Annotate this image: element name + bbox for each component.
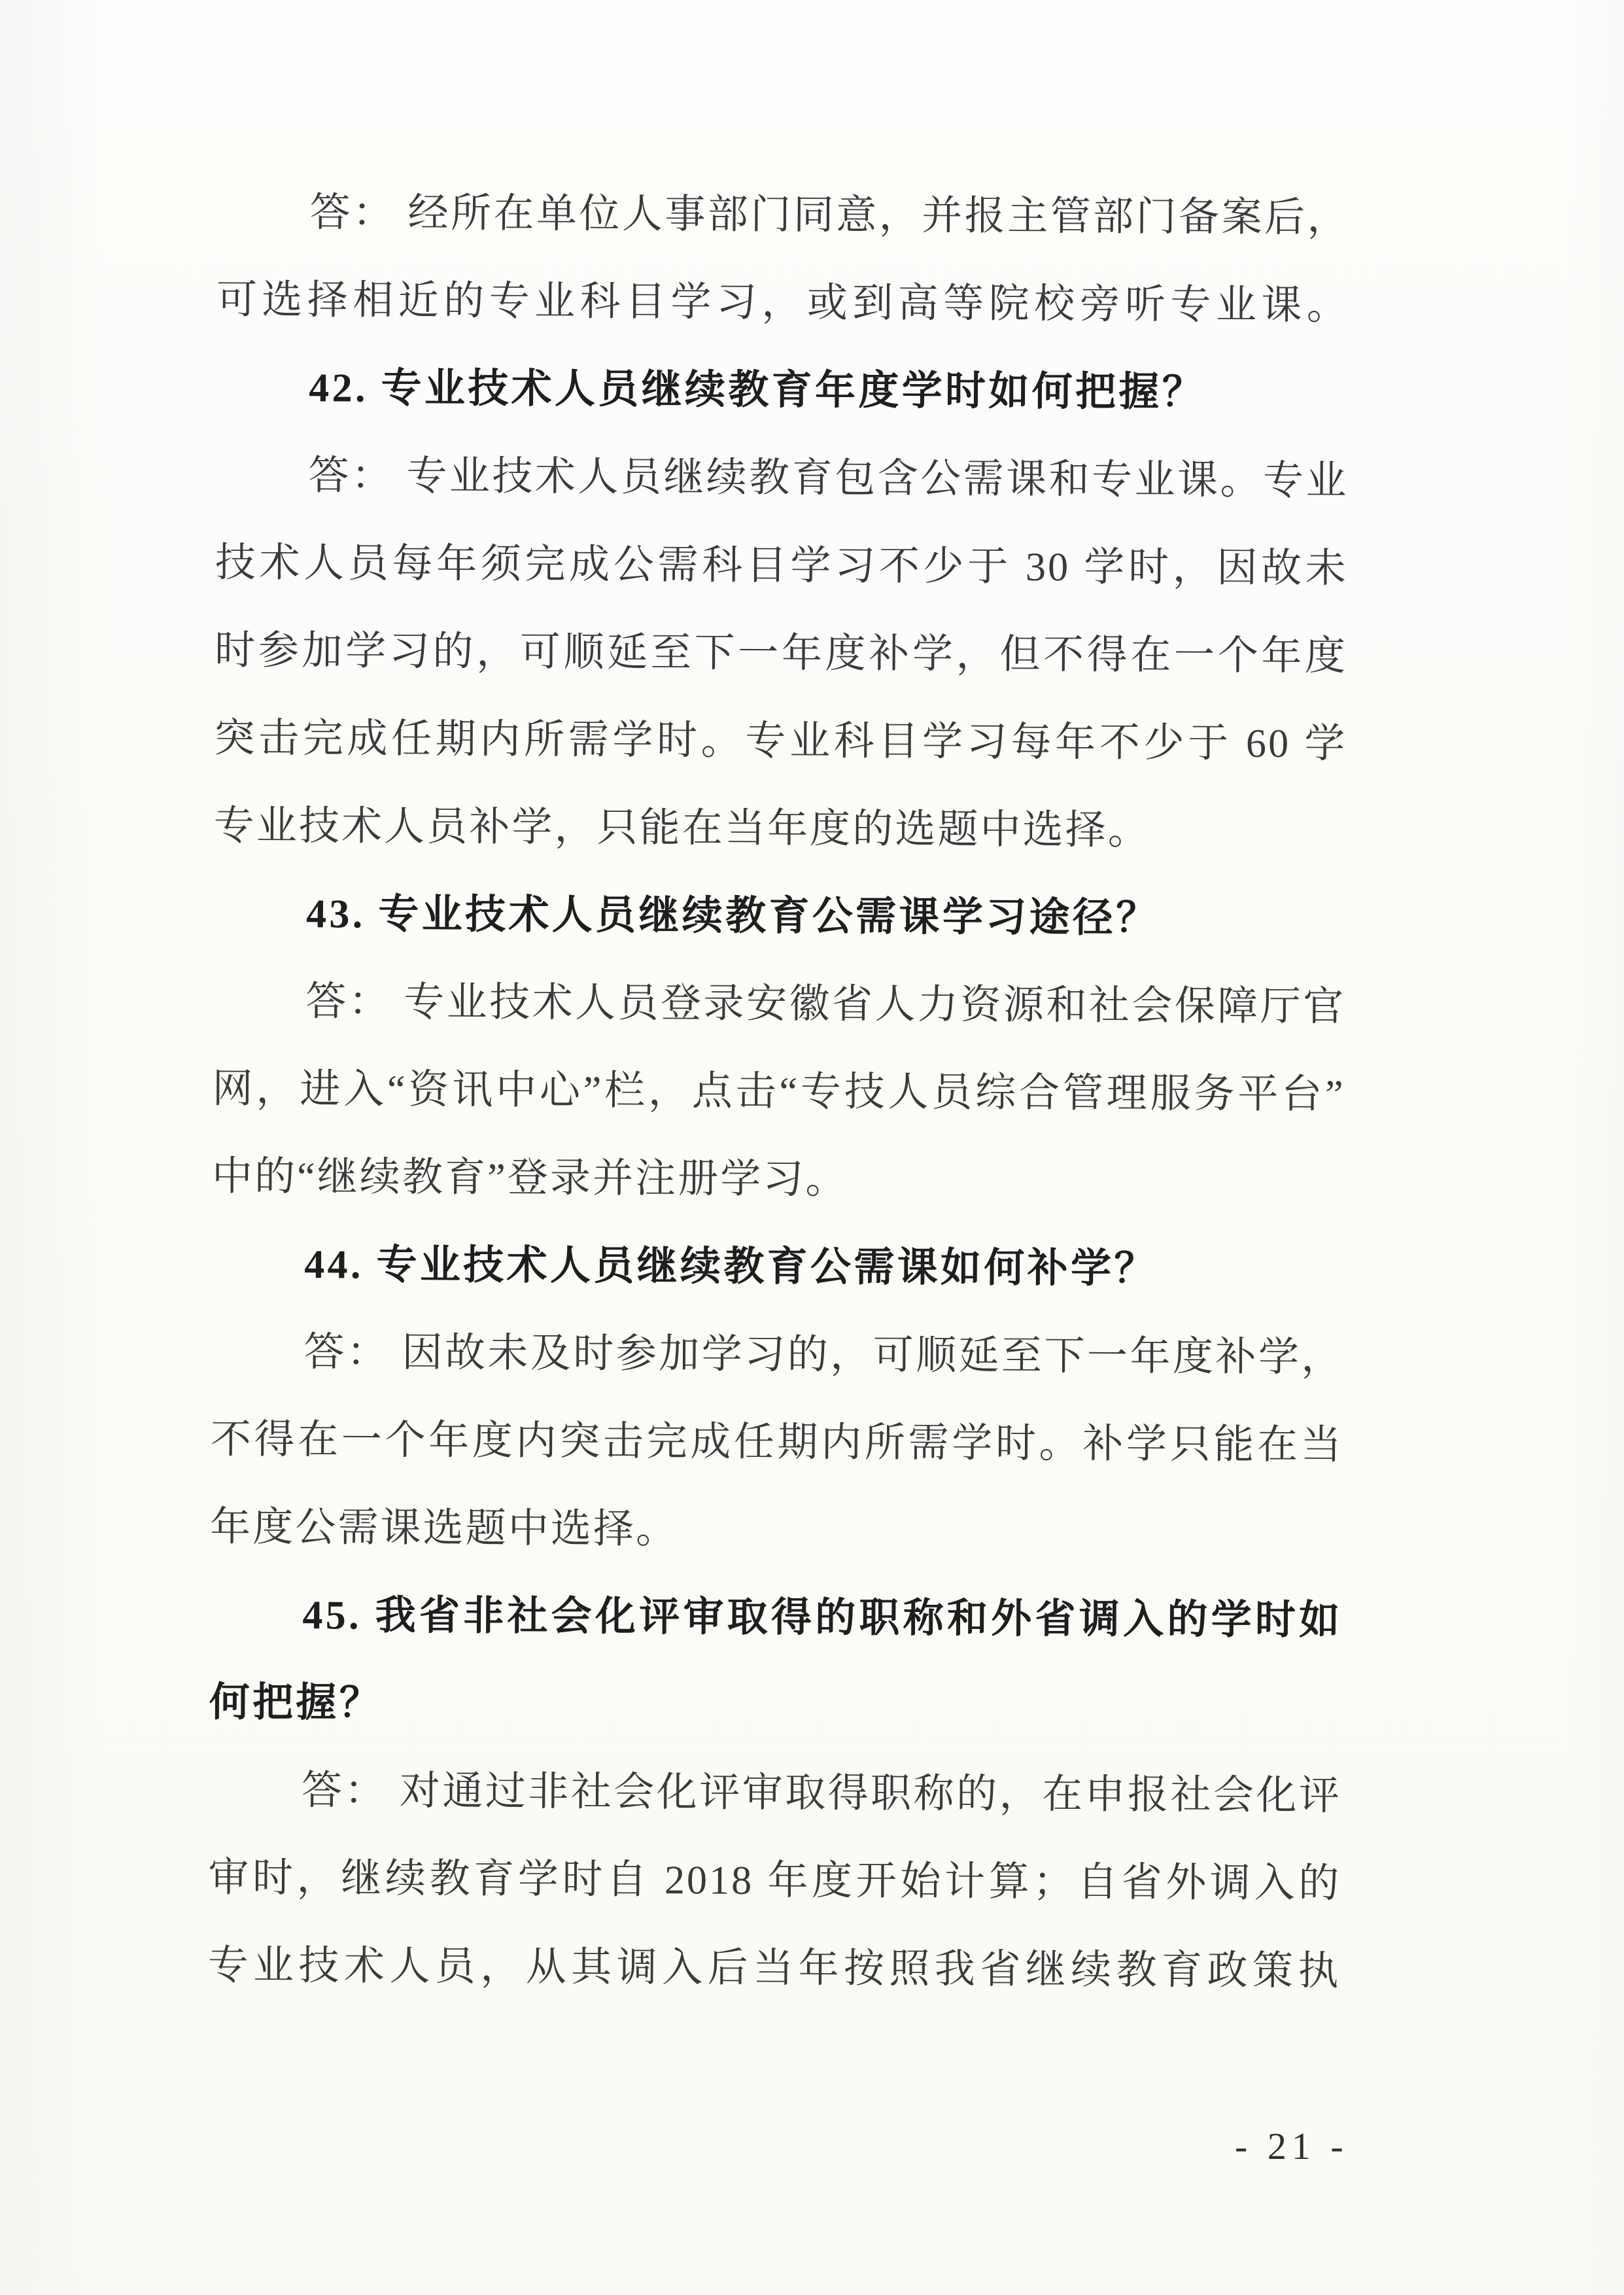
question-45-heading: 45. 我省非社会化评审取得的职称和外省调入的学时如 bbox=[209, 1571, 1343, 1664]
answer-line: 可选择相近的专业科目学习，或到高等院校旁听专业课。 bbox=[216, 256, 1350, 349]
question-42-heading: 42. 专业技术人员继续教育年度学时如何把握？ bbox=[216, 343, 1349, 437]
answer-line: 答： 对通过非社会化评审取得职称的，在申报社会化评 bbox=[209, 1746, 1342, 1840]
answer-line: 答： 专业技术人员继续教育包含公需课和专业课。专业 bbox=[215, 431, 1349, 525]
document-text-block: 答： 经所在单位人事部门同意，并报主管部门备案后， 可选择相近的专业科目学习，或… bbox=[207, 168, 1350, 2015]
answer-line: 中的“继续教育”登录并注册学习。 bbox=[212, 1132, 1345, 1226]
answer-line: 技术人员每年须完成公需科目学习不少于 30 学时，因故未及 bbox=[215, 519, 1349, 612]
question-45-heading: 何把握？ bbox=[209, 1658, 1342, 1752]
answer-line: 专业技术人员，从其调入后当年按照我省继续教育政策执 bbox=[207, 1921, 1341, 2015]
question-44-heading: 44. 专业技术人员继续教育公需课如何补学？ bbox=[211, 1220, 1345, 1314]
answer-line: 年度公需课选题中选择。 bbox=[210, 1483, 1343, 1577]
page-number: - 21 - bbox=[1235, 2128, 1349, 2165]
answer-line: 答： 因故未及时参加学习的，可顺延至下一年度补学，但 bbox=[211, 1308, 1344, 1401]
answer-line: 答： 专业技术人员登录安徽省人力资源和社会保障厅官 bbox=[213, 957, 1346, 1051]
answer-line: 时参加学习的，可顺延至下一年度补学，但不得在一个年度内 bbox=[215, 606, 1348, 700]
answer-line: 答： 经所在单位人事部门同意，并报主管部门备案后， bbox=[216, 168, 1350, 262]
answer-line: 专业技术人员补学，只能在当年度的选题中选择。 bbox=[213, 782, 1347, 875]
answer-line: 审时，继续教育学时自 2018 年度开始计算；自省外调入的 bbox=[208, 1834, 1341, 1927]
answer-line: 突击完成任期内所需学时。专业科目学习每年不少于 60 学时。 bbox=[214, 694, 1347, 788]
scanned-document-page: 答： 经所在单位人事部门同意，并报主管部门备案后， 可选择相近的专业科目学习，或… bbox=[0, 0, 1624, 2295]
answer-line: 不得在一个年度内突击完成任期内所需学时。补学只能在当 bbox=[210, 1395, 1343, 1489]
answer-line: 网，进入“资讯中心”栏，点击“专技人员综合管理服务平台” bbox=[212, 1045, 1345, 1138]
question-43-heading: 43. 专业技术人员继续教育公需课学习途径？ bbox=[213, 869, 1347, 963]
